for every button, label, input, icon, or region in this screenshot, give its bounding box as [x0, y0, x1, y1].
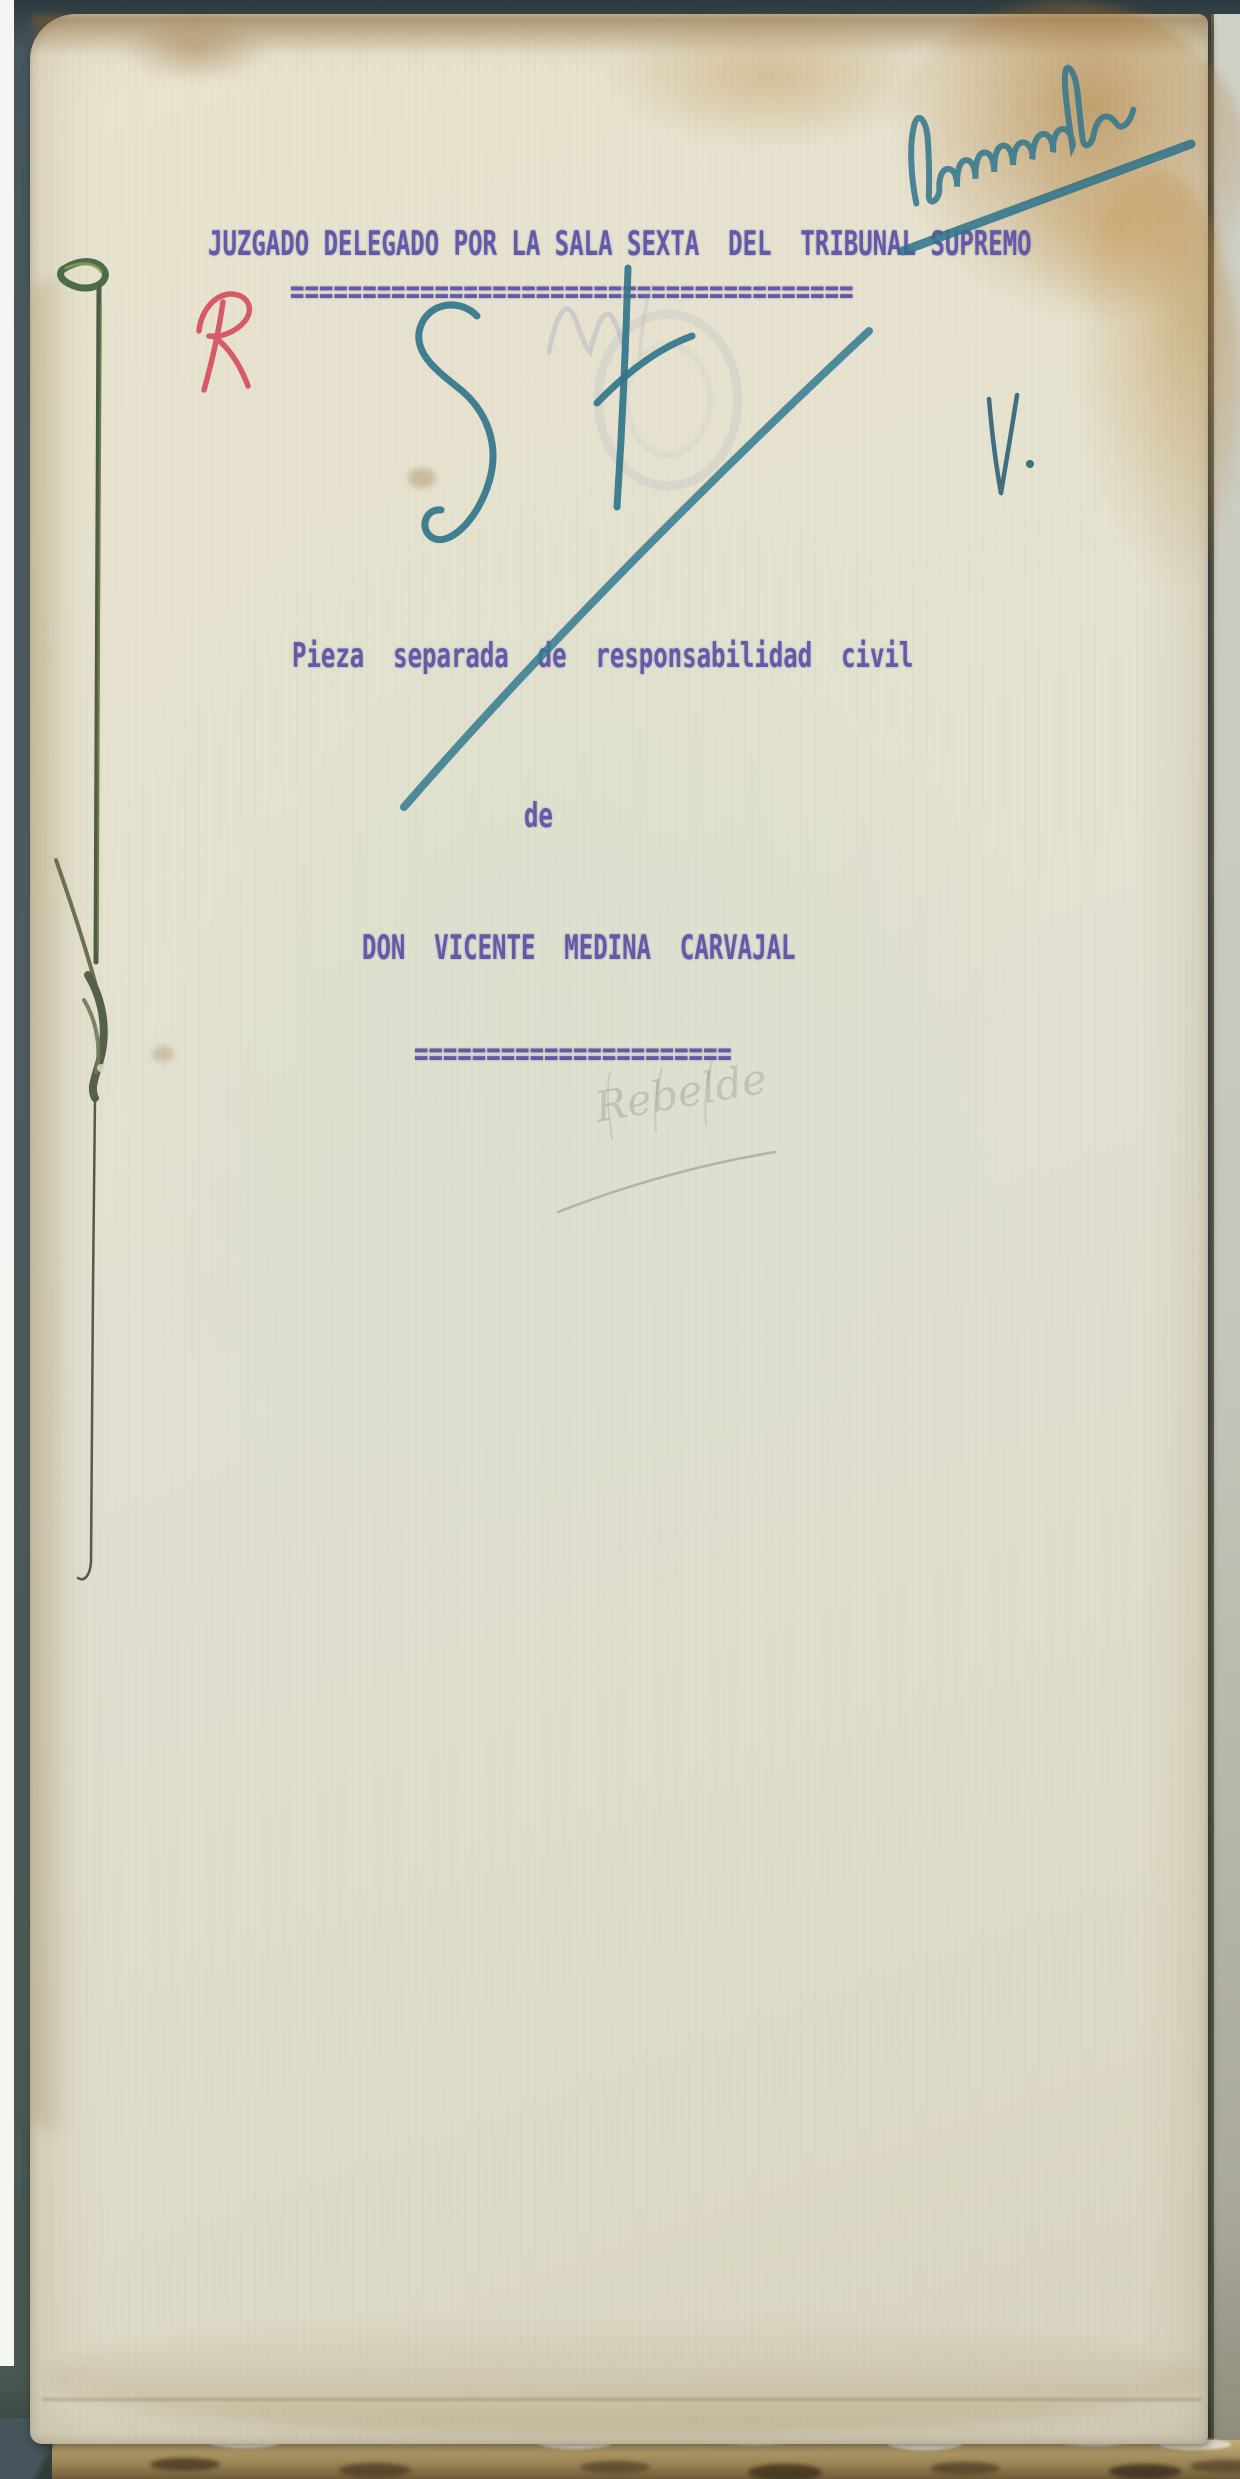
letter-v-annotation: V.	[975, 385, 1050, 505]
bottom-edge-damage-spots	[150, 2458, 220, 2471]
binding-thread	[40, 240, 135, 1600]
case-number-annotation: 37	[380, 250, 990, 880]
torn-under-pages	[52, 2440, 1240, 2479]
rebelde-script: Rebelde	[590, 1053, 770, 1132]
terminado-script	[889, 48, 1139, 207]
letter-v-left-stroke	[989, 399, 1001, 493]
scanned-document-photo: JUZGADO DELEGADO POR LA SALA SEXTA DEL T…	[0, 0, 1240, 2479]
scanner-edge-strip	[0, 0, 14, 2366]
thread-tail	[78, 1098, 95, 1579]
adjacent-page-edge	[1211, 14, 1240, 2458]
digit-3	[419, 305, 493, 540]
terminado-annotation: Terminado	[870, 35, 1205, 270]
thread-diagonal-strand	[56, 860, 96, 986]
letter-r-stem	[204, 302, 223, 390]
letter-r-annotation: R	[180, 283, 270, 398]
digit-7-bar	[597, 336, 692, 403]
letter-v-right-stroke	[1001, 395, 1017, 493]
rebelde-underline	[558, 1152, 775, 1212]
letter-v-dot	[1026, 460, 1034, 468]
rebelde-annotation: Rebelde	[540, 1040, 810, 1230]
person-name: DON VICENTE MEDINA CARVAJAL	[362, 928, 795, 967]
thread-top-knot	[60, 262, 105, 288]
digit-7-stem	[617, 268, 628, 507]
